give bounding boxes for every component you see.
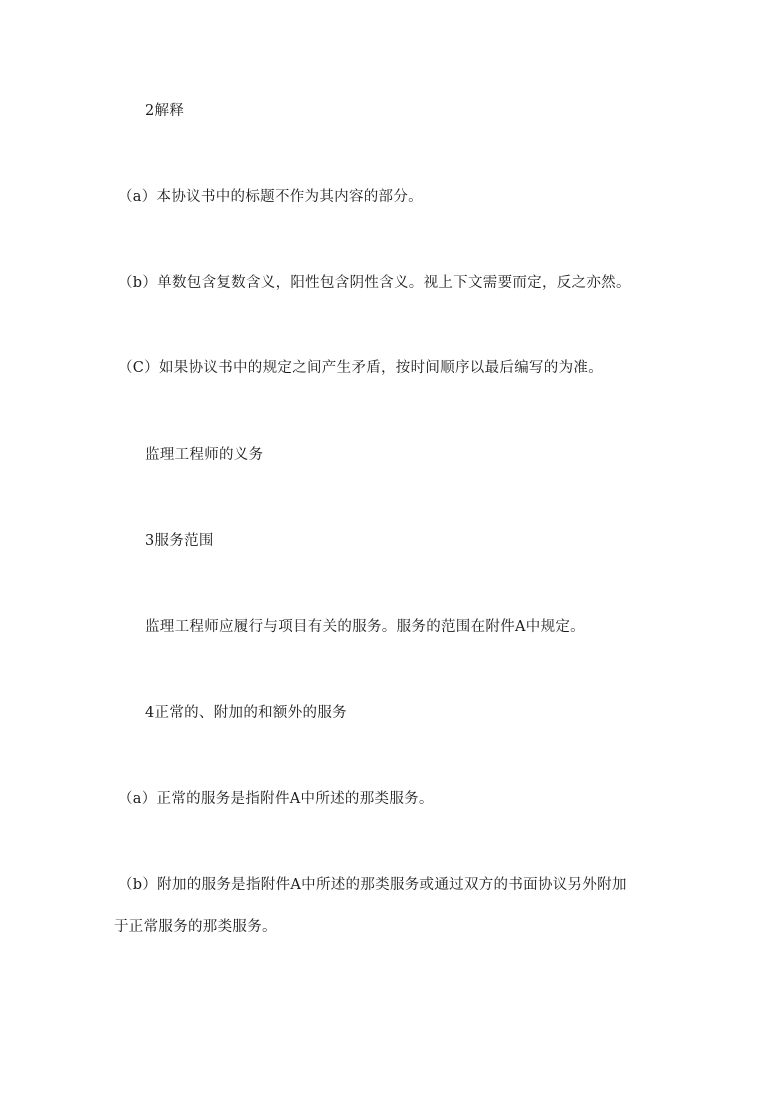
- document-page: 2解释 （a）本协议书中的标题不作为其内容的部分。 （b）单数包含复数含义，阳性…: [0, 0, 774, 1095]
- clause-4b-line2: 于正常服务的那类服务。: [114, 917, 277, 937]
- section-title-engineer-duties: 监理工程师的义务: [145, 445, 263, 465]
- clause-2c: （C）如果协议书中的规定之间产生矛盾，按时间顺序以最后编写的为准。: [118, 358, 603, 378]
- heading-scope-of-services: 3服务范围: [145, 531, 214, 551]
- clause-4b-line1: （b）附加的服务是指附件A中所述的那类服务或通过双方的书面协议另外附加: [118, 875, 627, 895]
- heading-interpretation: 2解释: [145, 101, 184, 121]
- clause-2b: （b）单数包含复数含义，阳性包含阴性含义。视上下文需要而定，反之亦然。: [118, 273, 631, 293]
- clause-2a: （a）本协议书中的标题不作为其内容的部分。: [118, 187, 423, 207]
- clause-4a: （a）正常的服务是指附件A中所述的那类服务。: [118, 789, 434, 809]
- clause-3: 监理工程师应履行与项目有关的服务。服务的范围在附件A中规定。: [145, 617, 585, 637]
- heading-services-types: 4正常的、附加的和额外的服务: [145, 703, 347, 723]
